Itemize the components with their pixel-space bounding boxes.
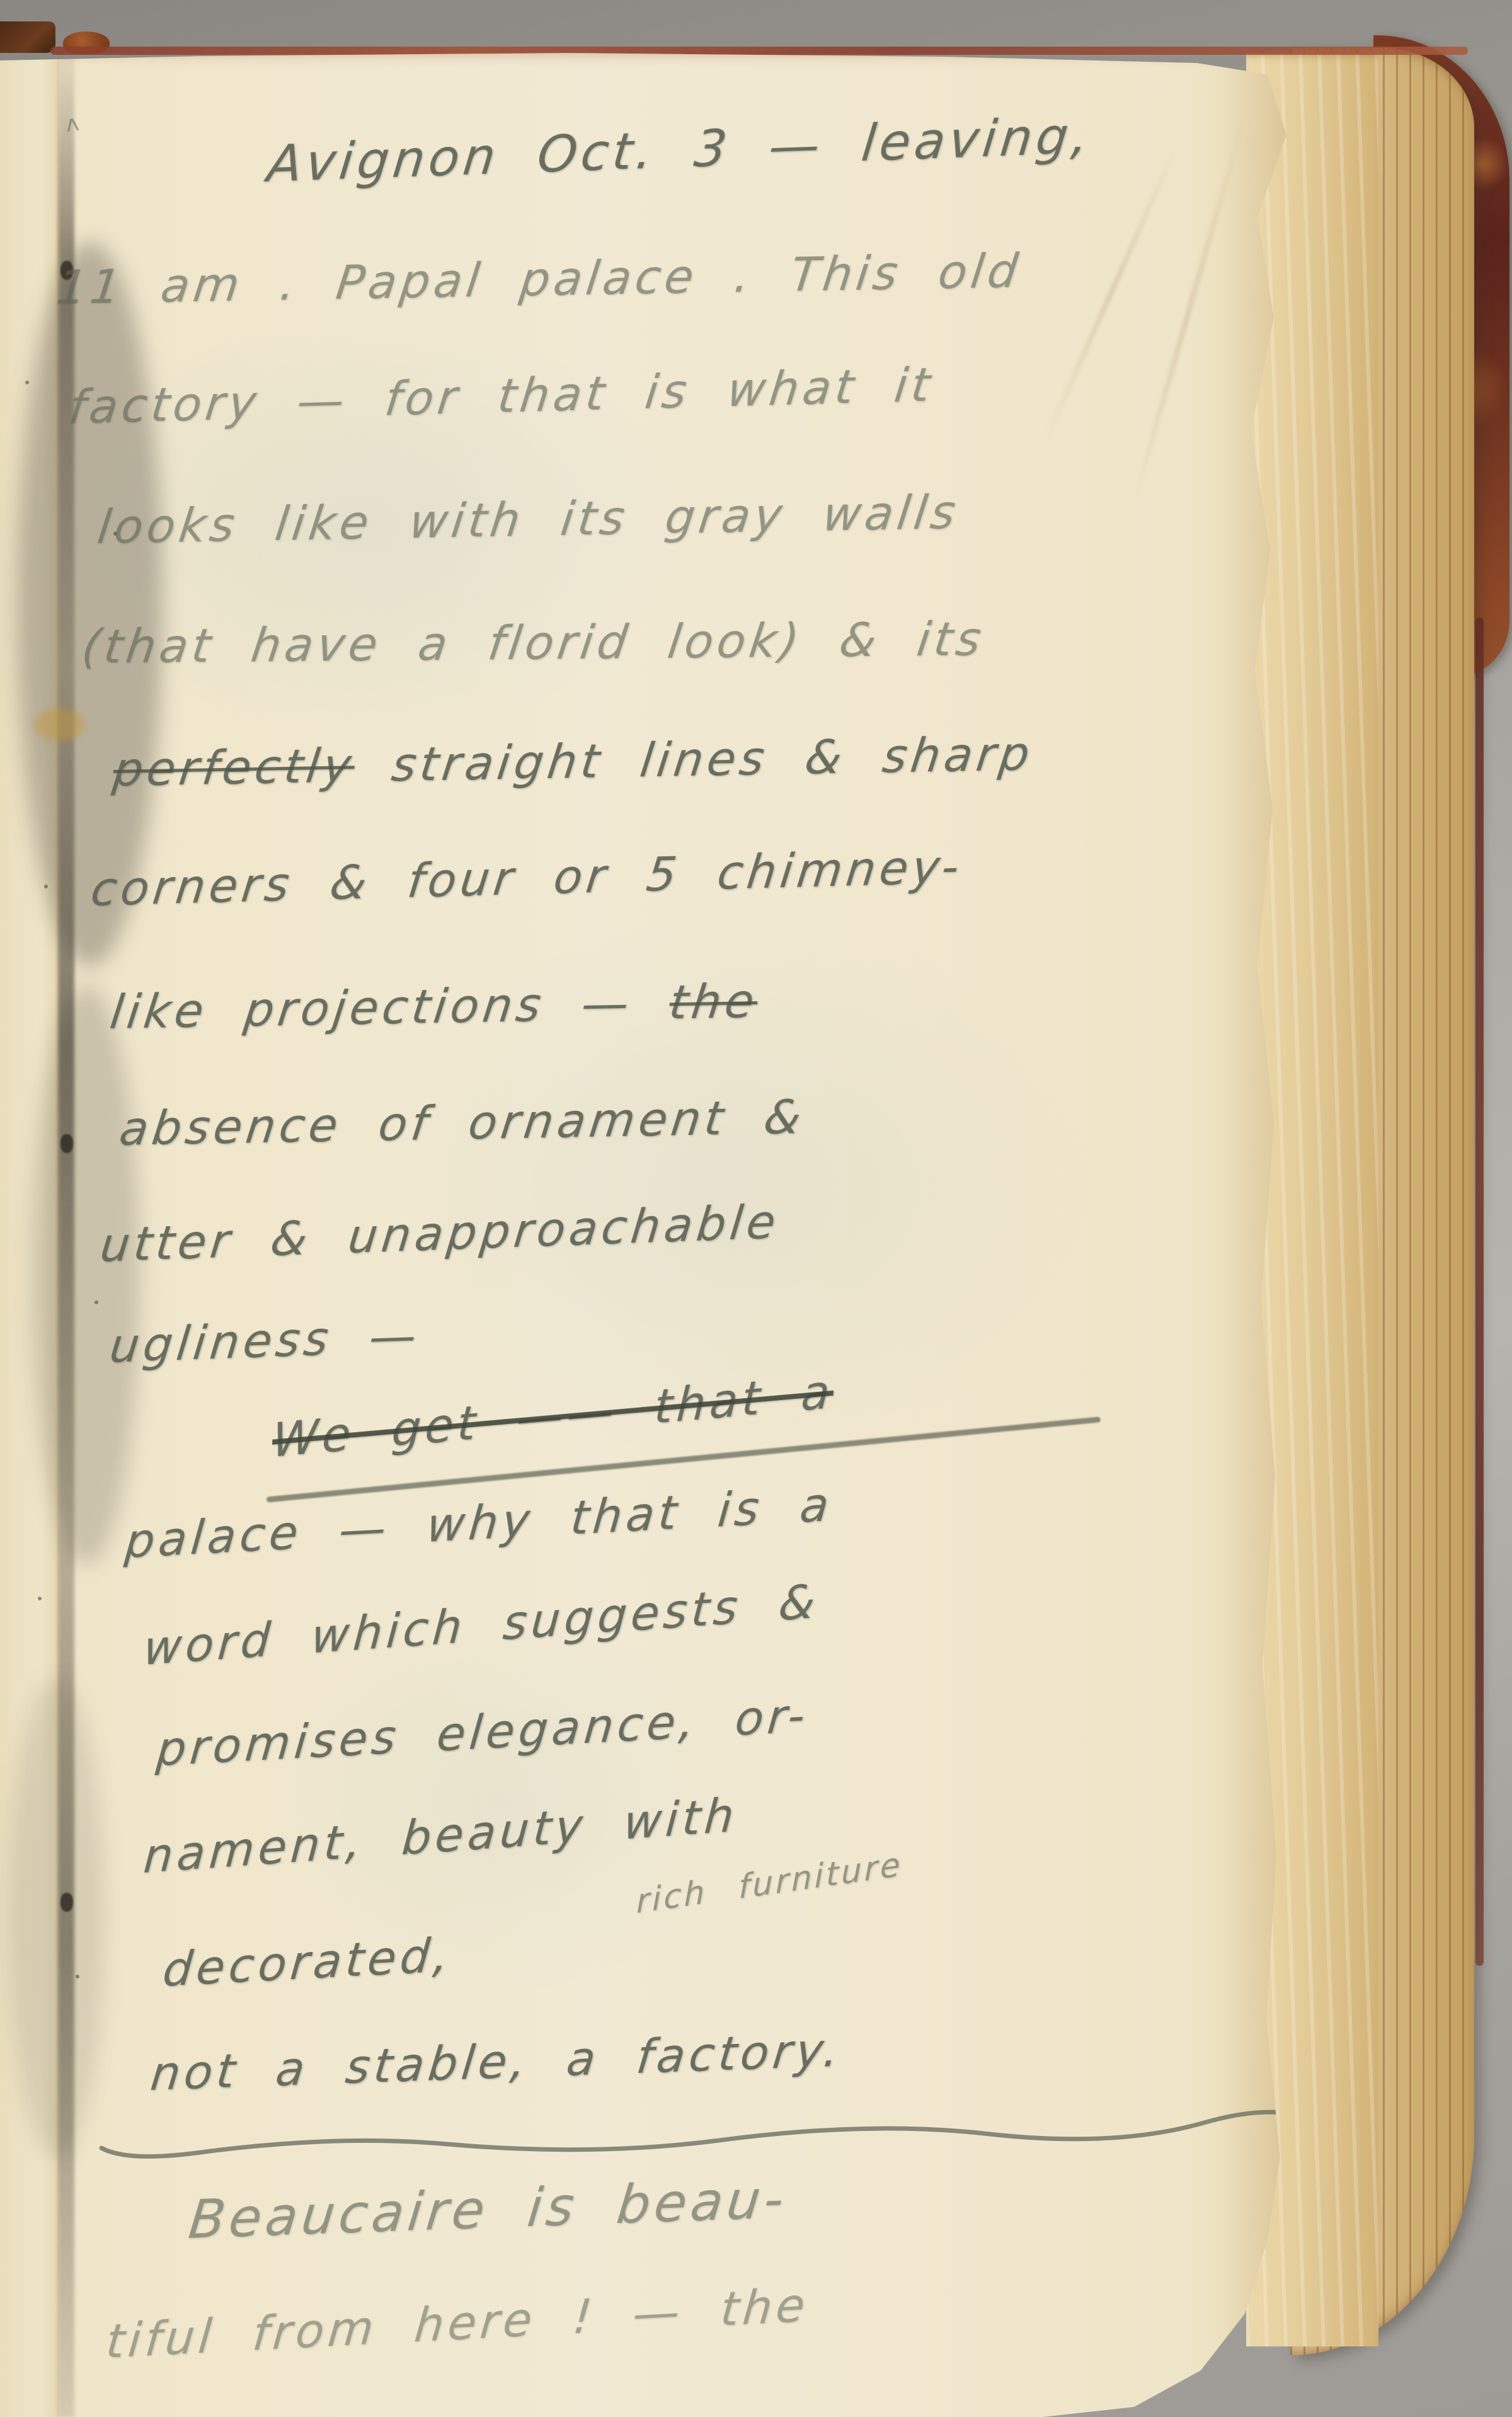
handwriting-line-17: decorated, xyxy=(161,1927,454,1997)
handwriting-line-3: factory — for that is what it xyxy=(66,358,937,435)
line-text: like projections — xyxy=(107,975,673,1040)
handwriting-line-10: utter & unapproachable xyxy=(98,1195,782,1273)
notebook-photo: ʌ Avignon Oct. 3 — leaving, 11 am . Papa… xyxy=(0,0,1512,2417)
struck-word: the xyxy=(667,974,761,1030)
pencil-divider-line xyxy=(79,2085,1314,2167)
leather-cover-edge xyxy=(1475,617,1484,1966)
stained-top-edge xyxy=(50,47,1468,55)
margin-tick-mark: ʌ xyxy=(64,110,81,138)
handwriting-line-5: (that have a florid look) & its xyxy=(79,612,988,674)
handwriting-line-9: absence of ornament & xyxy=(117,1090,808,1156)
handwriting-line-19: Beaucaire is beau- xyxy=(186,2167,791,2251)
handwriting-line-15: promises elegance, or- xyxy=(154,1688,811,1777)
struck-word: perfectly xyxy=(110,738,358,797)
handwriting-line-6: perfectly straight lines & sharp xyxy=(110,726,1036,797)
leather-fragment xyxy=(0,21,55,53)
handwriting-line-7: corners & four or 5 chimney- xyxy=(88,840,965,917)
handwriting-line-4: looks like with its gray walls xyxy=(94,485,962,554)
handwriting-line-1: Avignon Oct. 3 — leaving, xyxy=(265,106,1095,193)
handwriting-line-11: ugliness — xyxy=(107,1308,423,1374)
handwriting-line-13: palace — why that is a xyxy=(123,1478,835,1569)
handwriting-layer: ʌ Avignon Oct. 3 — leaving, 11 am . Papa… xyxy=(0,53,1315,2417)
handwriting-line-8: like projections — the xyxy=(107,974,761,1040)
handwriting-line-14: word which suggests & xyxy=(142,1574,821,1676)
handwriting-line-2: 11 am . Papal palace . This old xyxy=(54,244,1024,315)
handwriting-line-20: tiful from here ! — the xyxy=(104,2278,811,2369)
line-text: straight lines & sharp xyxy=(352,726,1036,793)
handwriting-line-16: nament, beauty with xyxy=(142,1788,740,1884)
inserted-phrase: rich furniture xyxy=(636,1846,903,1921)
notebook-page: ʌ Avignon Oct. 3 — leaving, 11 am . Papa… xyxy=(0,53,1315,2417)
